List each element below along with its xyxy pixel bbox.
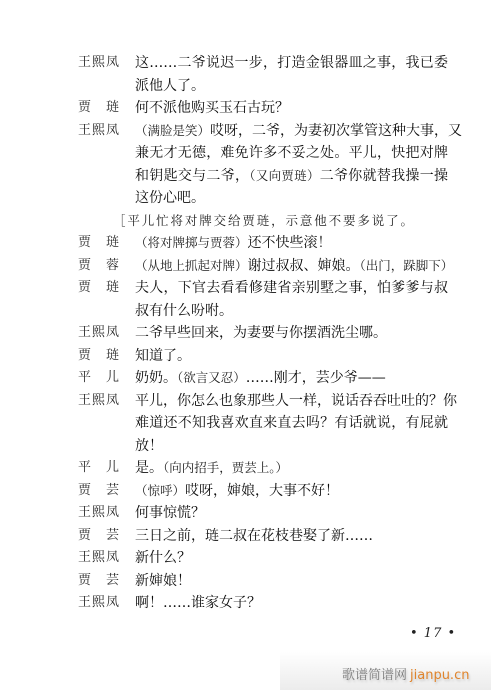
dialogue-continuation: 难道还不知我喜欢直来直去吗？有话就说，有屁就: [0, 412, 491, 435]
speaker-name: 贾琏: [78, 97, 119, 120]
scanned-script-page: 王熙凤 这……二爷说迟一步，打造金银器皿之事，我已委 派他人了。 贾琏 何不派他…: [0, 0, 491, 690]
dialogue-continuation: 和钥匙交与二爷，（又向贾琏）二爷你就替我操一操: [0, 165, 491, 188]
speech: 兼无才无德，难免许多不妥之处。平儿，快把对牌: [135, 145, 448, 161]
dialogue-line: 贾琏 何不派他购买玉石古玩？: [0, 97, 491, 120]
speaker-name: 贾琏: [78, 277, 119, 300]
speaker-name: 贾琏: [78, 232, 119, 255]
dialogue-text: 新婶娘！: [135, 570, 191, 593]
speech: 何不派他购买玉石古玩？: [135, 100, 289, 116]
dialogue-line: 王熙凤 二爷早些回来，为妻要与你摆酒洗尘哪。: [0, 322, 491, 345]
speech: ……刚才，芸少爷——: [246, 370, 386, 386]
speech: 知道了。: [135, 348, 191, 364]
dialogue-line: 王熙凤 这……二爷说迟一步，打造金银器皿之事，我已委: [0, 52, 491, 75]
speech: 三日之前，琏二叔在花枝巷娶了新……: [135, 528, 373, 544]
stage-direction: （欲言又忍）: [177, 370, 246, 385]
stage-direction: （将对牌掷与贾蓉）: [135, 235, 248, 250]
dialogue-line: 平儿 是。（向内招手，贾芸上。）: [0, 457, 491, 480]
watermark-site-name: 歌谱简谱网: [342, 668, 407, 683]
stage-direction-line: ［平儿忙将对牌交给贾琏，示意他不要多说了。: [0, 210, 491, 233]
speech: 何事惊慌？: [135, 505, 205, 521]
speech: 难道还不知我喜欢直来直去吗？有话就说，有屁就: [135, 415, 448, 431]
speech: 谢过叔叔、婶娘。: [248, 258, 360, 274]
dialogue-continuation: 这份心吧。: [0, 187, 491, 210]
dialogue-continuation: 兼无才无德，难免许多不妥之处。平儿，快把对牌: [0, 142, 491, 165]
dialogue-text: （从地上抓起对牌）谢过叔叔、婶娘。（出门，跺脚下）: [135, 255, 453, 278]
speech: 叔有什么吩咐。: [135, 303, 233, 319]
speech: 派他人了。: [135, 78, 205, 94]
dialogue-text: 难道还不知我喜欢直来直去吗？有话就说，有屁就: [135, 412, 448, 435]
dialogue-line: 贾蓉 （从地上抓起对牌）谢过叔叔、婶娘。（出门，跺脚下）: [0, 255, 491, 278]
speech: 这……二爷说迟一步，打造金银器皿之事，我已委: [135, 55, 448, 71]
dialogue-text: 兼无才无德，难免许多不妥之处。平儿，快把对牌: [135, 142, 448, 165]
speaker-name: 贾芸: [78, 480, 119, 503]
stage-direction: （向内招手，贾芸上。）: [163, 460, 288, 475]
dialogue-text: 和钥匙交与二爷，（又向贾琏）二爷你就替我操一操: [135, 165, 448, 188]
dialogue-text: 派他人了。: [135, 75, 205, 98]
speech: 哎呀，婶娘，大事不好！: [185, 483, 339, 499]
dialogue-text: 二爷早些回来，为妻要与你摆酒洗尘哪。: [135, 322, 387, 345]
dialogue-line: 王熙凤 （满脸是笑）哎呀，二爷，为妻初次掌管这种大事，又: [0, 120, 491, 143]
speech: 新什么？: [135, 550, 191, 566]
dialogue-text: 新什么？: [135, 547, 191, 570]
play-script: 王熙凤 这……二爷说迟一步，打造金银器皿之事，我已委 派他人了。 贾琏 何不派他…: [0, 52, 491, 615]
dialogue-line: 贾琏 夫人，下官去看看修建省亲别墅之事，怕爹爹与叔: [0, 277, 491, 300]
dialogue-text: （将对牌掷与贾蓉）还不快些滚！: [135, 232, 332, 255]
dialogue-line: 王熙凤 平儿，你怎么也象那些人一样，说话吞吞吐吐的？你: [0, 390, 491, 413]
dialogue-continuation: 叔有什么吩咐。: [0, 300, 491, 323]
speaker-name: 平儿: [78, 367, 119, 390]
dialogue-line: 王熙凤 何事惊慌？: [0, 502, 491, 525]
watermark: 歌谱简谱网jianpu.cn: [342, 664, 469, 683]
speech: 这份心吧。: [135, 190, 205, 206]
speaker-name: 王熙凤: [78, 322, 119, 345]
stage-direction: （从地上抓起对牌）: [135, 258, 248, 273]
speaker-name: 平儿: [78, 457, 119, 480]
dialogue-line: 贾芸 （惊呼）哎呀，婶娘，大事不好！: [0, 480, 491, 503]
dialogue-text: 平儿，你怎么也象那些人一样，说话吞吞吐吐的？你: [135, 390, 448, 413]
watermark-domain: jianpu.cn: [410, 668, 469, 683]
dialogue-text: （满脸是笑）哎呀，二爷，为妻初次掌管这种大事，又: [135, 120, 448, 143]
speaker-name: 王熙凤: [78, 592, 119, 615]
dialogue-line: 贾琏 （将对牌掷与贾蓉）还不快些滚！: [0, 232, 491, 255]
dialogue-text: 叔有什么吩咐。: [135, 300, 233, 323]
dialogue-line: 贾芸 新婶娘！: [0, 570, 491, 593]
stage-direction: （又向贾琏）: [249, 168, 319, 183]
dialogue-text: 这份心吧。: [135, 187, 205, 210]
dialogue-line: 贾琏 知道了。: [0, 345, 491, 368]
dialogue-text: 啊！……谁家女子？: [135, 592, 261, 615]
stage-direction: （出门，跺脚下）: [360, 258, 454, 273]
dialogue-line: 平儿 奶奶。（欲言又忍）……刚才，芸少爷——: [0, 367, 491, 390]
stage-direction: ［平儿忙将对牌交给贾琏，示意他不要多说了。: [113, 210, 413, 233]
stage-direction: （惊呼）: [135, 483, 185, 498]
dialogue-text: 放！: [135, 435, 163, 458]
dialogue-text: 夫人，下官去看看修建省亲别墅之事，怕爹爹与叔: [135, 277, 448, 300]
dialogue-text: 奶奶。（欲言又忍）……刚才，芸少爷——: [135, 367, 386, 390]
speaker-name: 王熙凤: [78, 502, 119, 525]
dialogue-text: （惊呼）哎呀，婶娘，大事不好！: [135, 480, 339, 503]
stage-direction: （满脸是笑）: [135, 123, 210, 138]
dialogue-line: 王熙凤 啊！……谁家女子？: [0, 592, 491, 615]
speech: 和钥匙交与二爷，: [135, 168, 249, 184]
dialogue-line: 贾芸 三日之前，琏二叔在花枝巷娶了新……: [0, 525, 491, 548]
speaker-name: 贾芸: [78, 570, 119, 593]
page-number: • 17 •: [410, 626, 456, 641]
speaker-name: 王熙凤: [78, 547, 119, 570]
speech: 是。: [135, 460, 163, 476]
dialogue-text: 三日之前，琏二叔在花枝巷娶了新……: [135, 525, 373, 548]
speech: 还不快些滚！: [248, 235, 332, 251]
speaker-name: 贾琏: [78, 345, 119, 368]
speech: 夫人，下官去看看修建省亲别墅之事，怕爹爹与叔: [135, 280, 448, 296]
dialogue-text: 知道了。: [135, 345, 191, 368]
speech: 奶奶。: [135, 370, 177, 386]
speaker-name: 贾蓉: [78, 255, 119, 278]
speaker-name: 贾芸: [78, 525, 119, 548]
dialogue-text: 何事惊慌？: [135, 502, 205, 525]
speech: 新婶娘！: [135, 573, 191, 589]
speech: 二爷早些回来，为妻要与你摆酒洗尘哪。: [135, 325, 387, 341]
dialogue-line: 王熙凤 新什么？: [0, 547, 491, 570]
speaker-name: 王熙凤: [78, 52, 119, 75]
speech: 哎呀，二爷，为妻初次掌管这种大事，又: [210, 123, 462, 139]
speech: 平儿，你怎么也象那些人一样，说话吞吞吐吐的？你: [135, 393, 457, 409]
dialogue-continuation: 放！: [0, 435, 491, 458]
speaker-name: 王熙凤: [78, 120, 119, 143]
speech: 放！: [135, 438, 163, 454]
dialogue-text: 何不派他购买玉石古玩？: [135, 97, 289, 120]
speech: 啊！……谁家女子？: [135, 595, 261, 611]
speaker-name: 王熙凤: [78, 390, 119, 413]
dialogue-text: 这……二爷说迟一步，打造金银器皿之事，我已委: [135, 52, 448, 75]
dialogue-continuation: 派他人了。: [0, 75, 491, 98]
speech: 二爷你就替我操一操: [320, 168, 448, 184]
dialogue-text: 是。（向内招手，贾芸上。）: [135, 457, 288, 480]
